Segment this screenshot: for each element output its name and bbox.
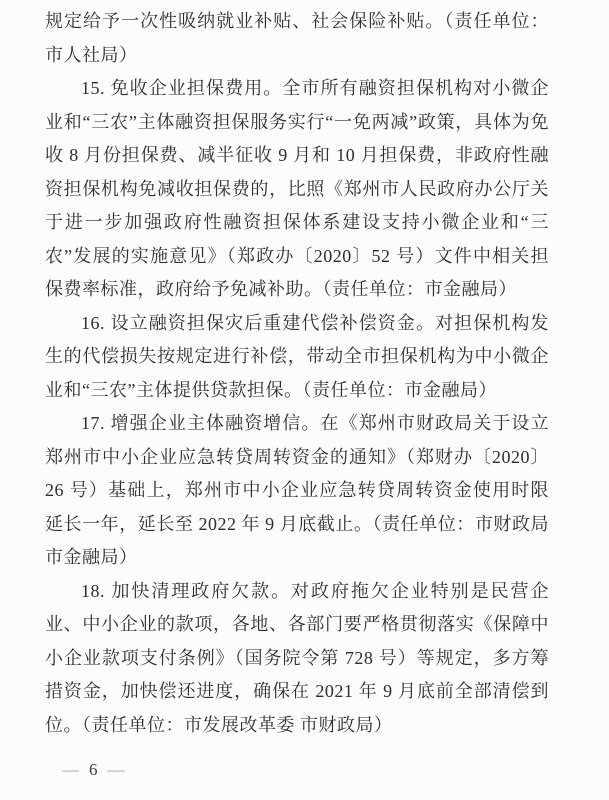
page-number-dash-right: — (108, 760, 125, 780)
document-body: 规定给予一次性吸纳就业补贴、社会保险补贴。（责任单位：市人社局）15. 免收企业… (45, 5, 549, 742)
page-number: 6 (89, 760, 98, 780)
document-page: 规定给予一次性吸纳就业补贴、社会保险补贴。（责任单位：市人社局）15. 免收企业… (0, 0, 609, 800)
document-paragraph: 16. 设立融资担保灾后重建代偿补偿资金。对担保机构发生的代偿损失按规定进行补偿… (45, 307, 549, 408)
page-footer: — 6 — (62, 760, 125, 780)
page-number-dash-left: — (62, 760, 79, 780)
document-paragraph: 18. 加快清理政府欠款。对政府拖欠企业特别是民营企业、中小企业的款项，各地、各… (45, 575, 549, 743)
document-paragraph: 规定给予一次性吸纳就业补贴、社会保险补贴。（责任单位：市人社局） (45, 5, 549, 72)
document-paragraph: 15. 免收企业担保费用。全市所有融资担保机构对小微企业和“三农”主体融资担保服… (45, 72, 549, 307)
document-paragraph: 17. 增强企业主体融资增信。在《郑州市财政局关于设立郑州市中小企业应急转贷周转… (45, 407, 549, 575)
